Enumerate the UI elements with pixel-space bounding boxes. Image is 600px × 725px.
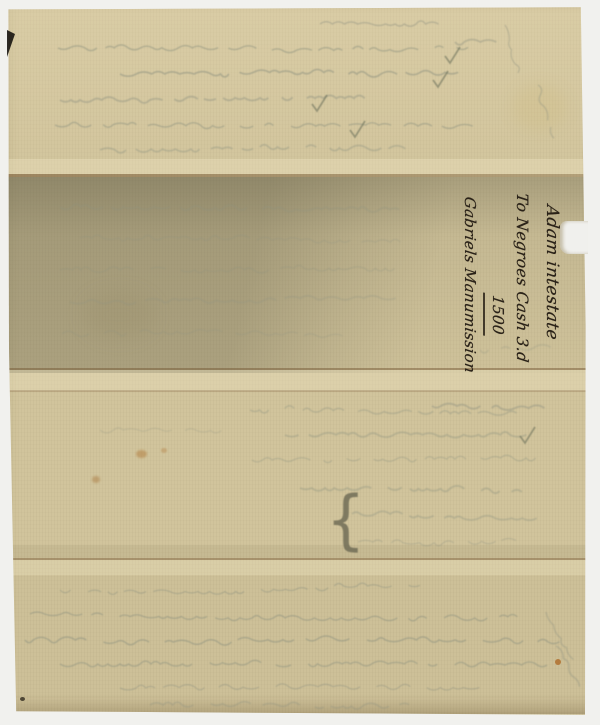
docket-line-2: To Negroes Cash 3.d: [510, 192, 534, 371]
scanned-document: { Adam intestate To Negroes Cash 3.d 150…: [0, 0, 600, 725]
docket-line-3: Gabriels Manumission: [458, 195, 481, 364]
paper-edge-notch: [560, 221, 588, 254]
docket-line-amount: 1500: [483, 293, 508, 339]
document-page: { Adam intestate To Negroes Cash 3.d 150…: [0, 0, 600, 725]
docket-annotation: Adam intestate To Negroes Cash 3.d 1500 …: [431, 192, 565, 368]
docket-text-block: Adam intestate To Negroes Cash 3.d 1500 …: [458, 185, 565, 374]
brace-mark: {: [326, 487, 365, 552]
check-mark: [433, 71, 448, 87]
check-mark: [520, 427, 535, 443]
edge-mark: [7, 30, 15, 57]
check-mark: [445, 47, 460, 63]
